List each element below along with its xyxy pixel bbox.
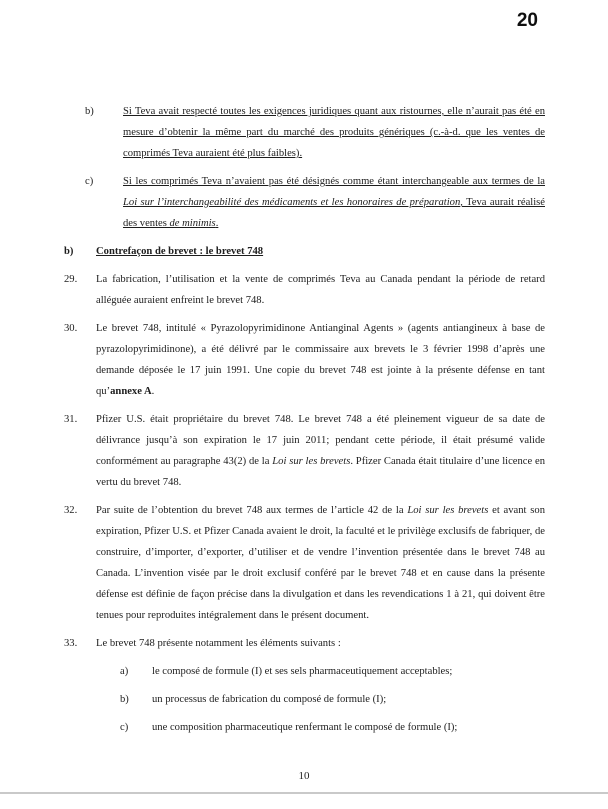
text-segment: Si les comprimés Teva n’avaient pas été … [123, 176, 545, 187]
text-segment: et avant son expiration, Pfizer U.S. et … [96, 505, 545, 621]
paragraph-31-text: Pfizer U.S. était propriétaire du brevet… [96, 409, 545, 493]
page-edge-line [0, 792, 608, 794]
paragraph-30-text: Le brevet 748, intitulé « Pyrazolopyrimi… [96, 318, 545, 402]
sub-item-a: a) le composé de formule (I) et ses sels… [120, 661, 545, 682]
paragraph-29-number: 29. [64, 269, 96, 311]
text-segment: Par suite de l’obtention du brevet 748 a… [96, 505, 407, 516]
paragraph-29: 29. La fabrication, l’utilisation et la … [64, 269, 545, 311]
paragraph-31: 31. Pfizer U.S. était propriétaire du br… [64, 409, 545, 493]
sub-item-b-label: b) [120, 689, 152, 710]
annex-reference-bold: annexe A [110, 386, 152, 397]
quoted-item-c: c) Si les comprimés Teva n’avaient pas é… [85, 171, 545, 234]
paragraph-30: 30. Le brevet 748, intitulé « Pyrazolopy… [64, 318, 545, 402]
section-heading-label: b) [64, 241, 96, 262]
sub-item-c: c) une composition pharmaceutique renfer… [120, 717, 545, 738]
sub-item-a-text: le composé de formule (I) et ses sels ph… [152, 661, 545, 682]
quoted-item-c-text: Si les comprimés Teva n’avaient pas été … [123, 171, 545, 234]
section-heading: b) Contrefaçon de brevet : le brevet 748 [64, 241, 545, 262]
paragraph-32-number: 32. [64, 500, 96, 626]
paragraph-30-number: 30. [64, 318, 96, 402]
page-content: b) Si Teva avait respecté toutes les exi… [64, 101, 545, 745]
sub-item-b-text: un processus de fabrication du composé d… [152, 689, 545, 710]
latin-term-italic: de minimis [169, 218, 215, 229]
paragraph-33-text: Le brevet 748 présente notamment les élé… [96, 633, 545, 654]
text-segment: Le brevet 748, intitulé « Pyrazolopyrimi… [96, 323, 545, 397]
statute-title-italic: Loi sur l’interchangeabilité des médicam… [123, 197, 460, 208]
paragraph-32-text: Par suite de l’obtention du brevet 748 a… [96, 500, 545, 626]
sub-item-c-label: c) [120, 717, 152, 738]
document-page: 20 b) Si Teva avait respecté toutes les … [0, 0, 608, 809]
statute-title-italic: Loi sur les brevets [407, 505, 488, 516]
paragraph-29-text: La fabrication, l’utilisation et la vent… [96, 269, 545, 311]
section-heading-title-wrap: Contrefaçon de brevet : le brevet 748 [96, 241, 545, 262]
paragraph-33-number: 33. [64, 633, 96, 654]
quoted-item-c-label: c) [85, 171, 123, 234]
text-segment: . [216, 218, 219, 229]
quoted-item-b-label: b) [85, 101, 123, 164]
section-heading-title: Contrefaçon de brevet : le brevet 748 [96, 246, 263, 257]
sub-item-c-text: une composition pharmaceutique renferman… [152, 717, 545, 738]
sub-item-b: b) un processus de fabrication du compos… [120, 689, 545, 710]
quoted-item-b-text: Si Teva avait respecté toutes les exigen… [123, 101, 545, 164]
statute-title-italic: Loi sur les brevets [272, 456, 350, 467]
sub-item-a-label: a) [120, 661, 152, 682]
text-segment: . [152, 386, 155, 397]
text-segment: Si Teva avait respecté toutes les exigen… [123, 106, 545, 159]
page-number-bottom: 10 [0, 770, 608, 782]
paragraph-32: 32. Par suite de l’obtention du brevet 7… [64, 500, 545, 626]
quoted-item-b: b) Si Teva avait respecté toutes les exi… [85, 101, 545, 164]
paragraph-31-number: 31. [64, 409, 96, 493]
page-number-top: 20 [517, 10, 538, 32]
paragraph-33: 33. Le brevet 748 présente notamment les… [64, 633, 545, 654]
